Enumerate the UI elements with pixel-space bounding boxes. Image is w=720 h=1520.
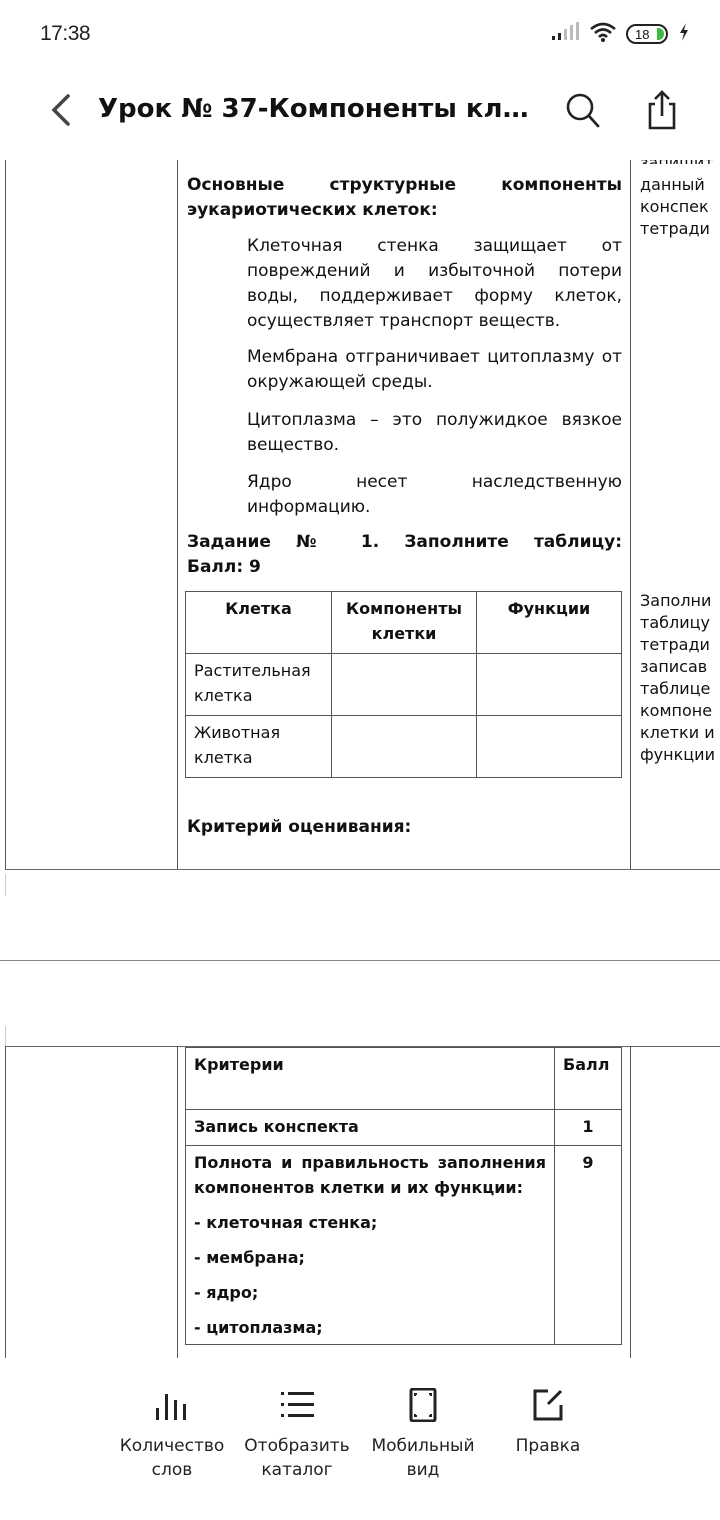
show-catalog-button[interactable]: Отобразить каталог [232, 1388, 362, 1482]
share-icon[interactable] [642, 88, 682, 132]
criterion: Полнота и правильность заполнения компон… [194, 1150, 546, 1200]
side-note-1: данный конспек тетради [640, 174, 710, 240]
header-cell: Клетка [186, 592, 332, 654]
header-components: Компоненты клетки [332, 592, 477, 654]
wifi-icon [590, 22, 616, 46]
section-heading: Основные структурные компоненты эукариот… [187, 173, 622, 223]
catalog-list-icon [277, 1388, 317, 1422]
table-header-row: Клетка Компоненты клетки Функции [186, 592, 622, 654]
paragraph-cell-wall: Клеточная стенка защищает от повреждений… [247, 234, 622, 334]
word-count-button[interactable]: Количество слов [107, 1388, 237, 1482]
header-score: Балл [555, 1048, 622, 1110]
row-label: Животная клетка [186, 716, 332, 778]
table-header-row: Критерии Балл [186, 1048, 622, 1110]
criterion: Запись конспекта [186, 1110, 555, 1146]
cell-table: Клетка Компоненты клетки Функции Растите… [185, 591, 622, 778]
edit-icon [528, 1388, 568, 1422]
table-row: Полнота и правильность заполнения компон… [186, 1146, 622, 1345]
table-row: Растительная клетка [186, 654, 622, 716]
status-bar: 17:38 18 [0, 0, 720, 70]
document-view[interactable]: запишит данный конспек тетради Основные … [0, 160, 720, 1358]
paragraph-membrane: Мембрана отграничивает цитоплазму от окр… [247, 345, 622, 395]
list-item: - мембрана; [194, 1245, 546, 1270]
table-cell [477, 654, 622, 716]
criterion-score: 9 [555, 1146, 622, 1345]
list-item: - клеточная стенка; [194, 1210, 546, 1235]
bottom-toolbar: Количество слов Отобразить каталог Мобил… [0, 1358, 720, 1520]
list-item: - цитоплазма; [194, 1315, 546, 1340]
signal-icon [550, 22, 580, 46]
paragraph-nucleus: Ядро несет наследственную информацию. [247, 470, 622, 520]
criterion-detail: Полнота и правильность заполнения компон… [186, 1146, 555, 1345]
list-item: - ядро; [194, 1280, 546, 1305]
battery-level: 18 [635, 27, 649, 42]
app-bar: Урок № 37-Компоненты кле... [0, 70, 720, 150]
table-row: Запись конспекта 1 [186, 1110, 622, 1146]
criterion-score: 1 [555, 1110, 622, 1146]
edit-label: Правка [483, 1434, 613, 1458]
criteria-table: Критерии Балл Запись конспекта 1 Полнота… [185, 1047, 622, 1345]
side-note-clipped: запишит [640, 160, 714, 164]
word-count-label: Количество слов [107, 1434, 237, 1482]
search-icon[interactable] [562, 90, 602, 130]
show-catalog-label: Отобразить каталог [232, 1434, 362, 1482]
table-row: Животная клетка [186, 716, 622, 778]
table-cell [332, 654, 477, 716]
task-title: Задание № 1. Заполните таблицу: [187, 530, 622, 555]
word-count-icon [152, 1388, 192, 1422]
clock: 17:38 [40, 22, 90, 46]
table-cell [477, 716, 622, 778]
edit-button[interactable]: Правка [483, 1388, 613, 1458]
criteria-label: Критерий оценивания: [187, 815, 622, 840]
mobile-view-icon [403, 1388, 443, 1422]
back-arrow-icon[interactable] [40, 88, 80, 132]
document-title: Урок № 37-Компоненты кле... [98, 94, 538, 124]
status-icons: 18 [550, 22, 690, 46]
header-functions: Функции [477, 592, 622, 654]
row-label: Растительная клетка [186, 654, 332, 716]
battery-icon: 18 [626, 24, 668, 44]
table-cell [332, 716, 477, 778]
mobile-view-button[interactable]: Мобильный вид [358, 1388, 488, 1482]
task-score: Балл: 9 [187, 555, 622, 580]
paragraph-cytoplasm: Цитоплазма – это полужидкое вязкое вещес… [247, 408, 622, 458]
side-note-2: Заполни таблицу тетради записав таблице … [640, 590, 715, 766]
charging-icon [678, 22, 690, 46]
header-criteria: Критерии [186, 1048, 555, 1110]
mobile-view-label: Мобильный вид [358, 1434, 488, 1482]
